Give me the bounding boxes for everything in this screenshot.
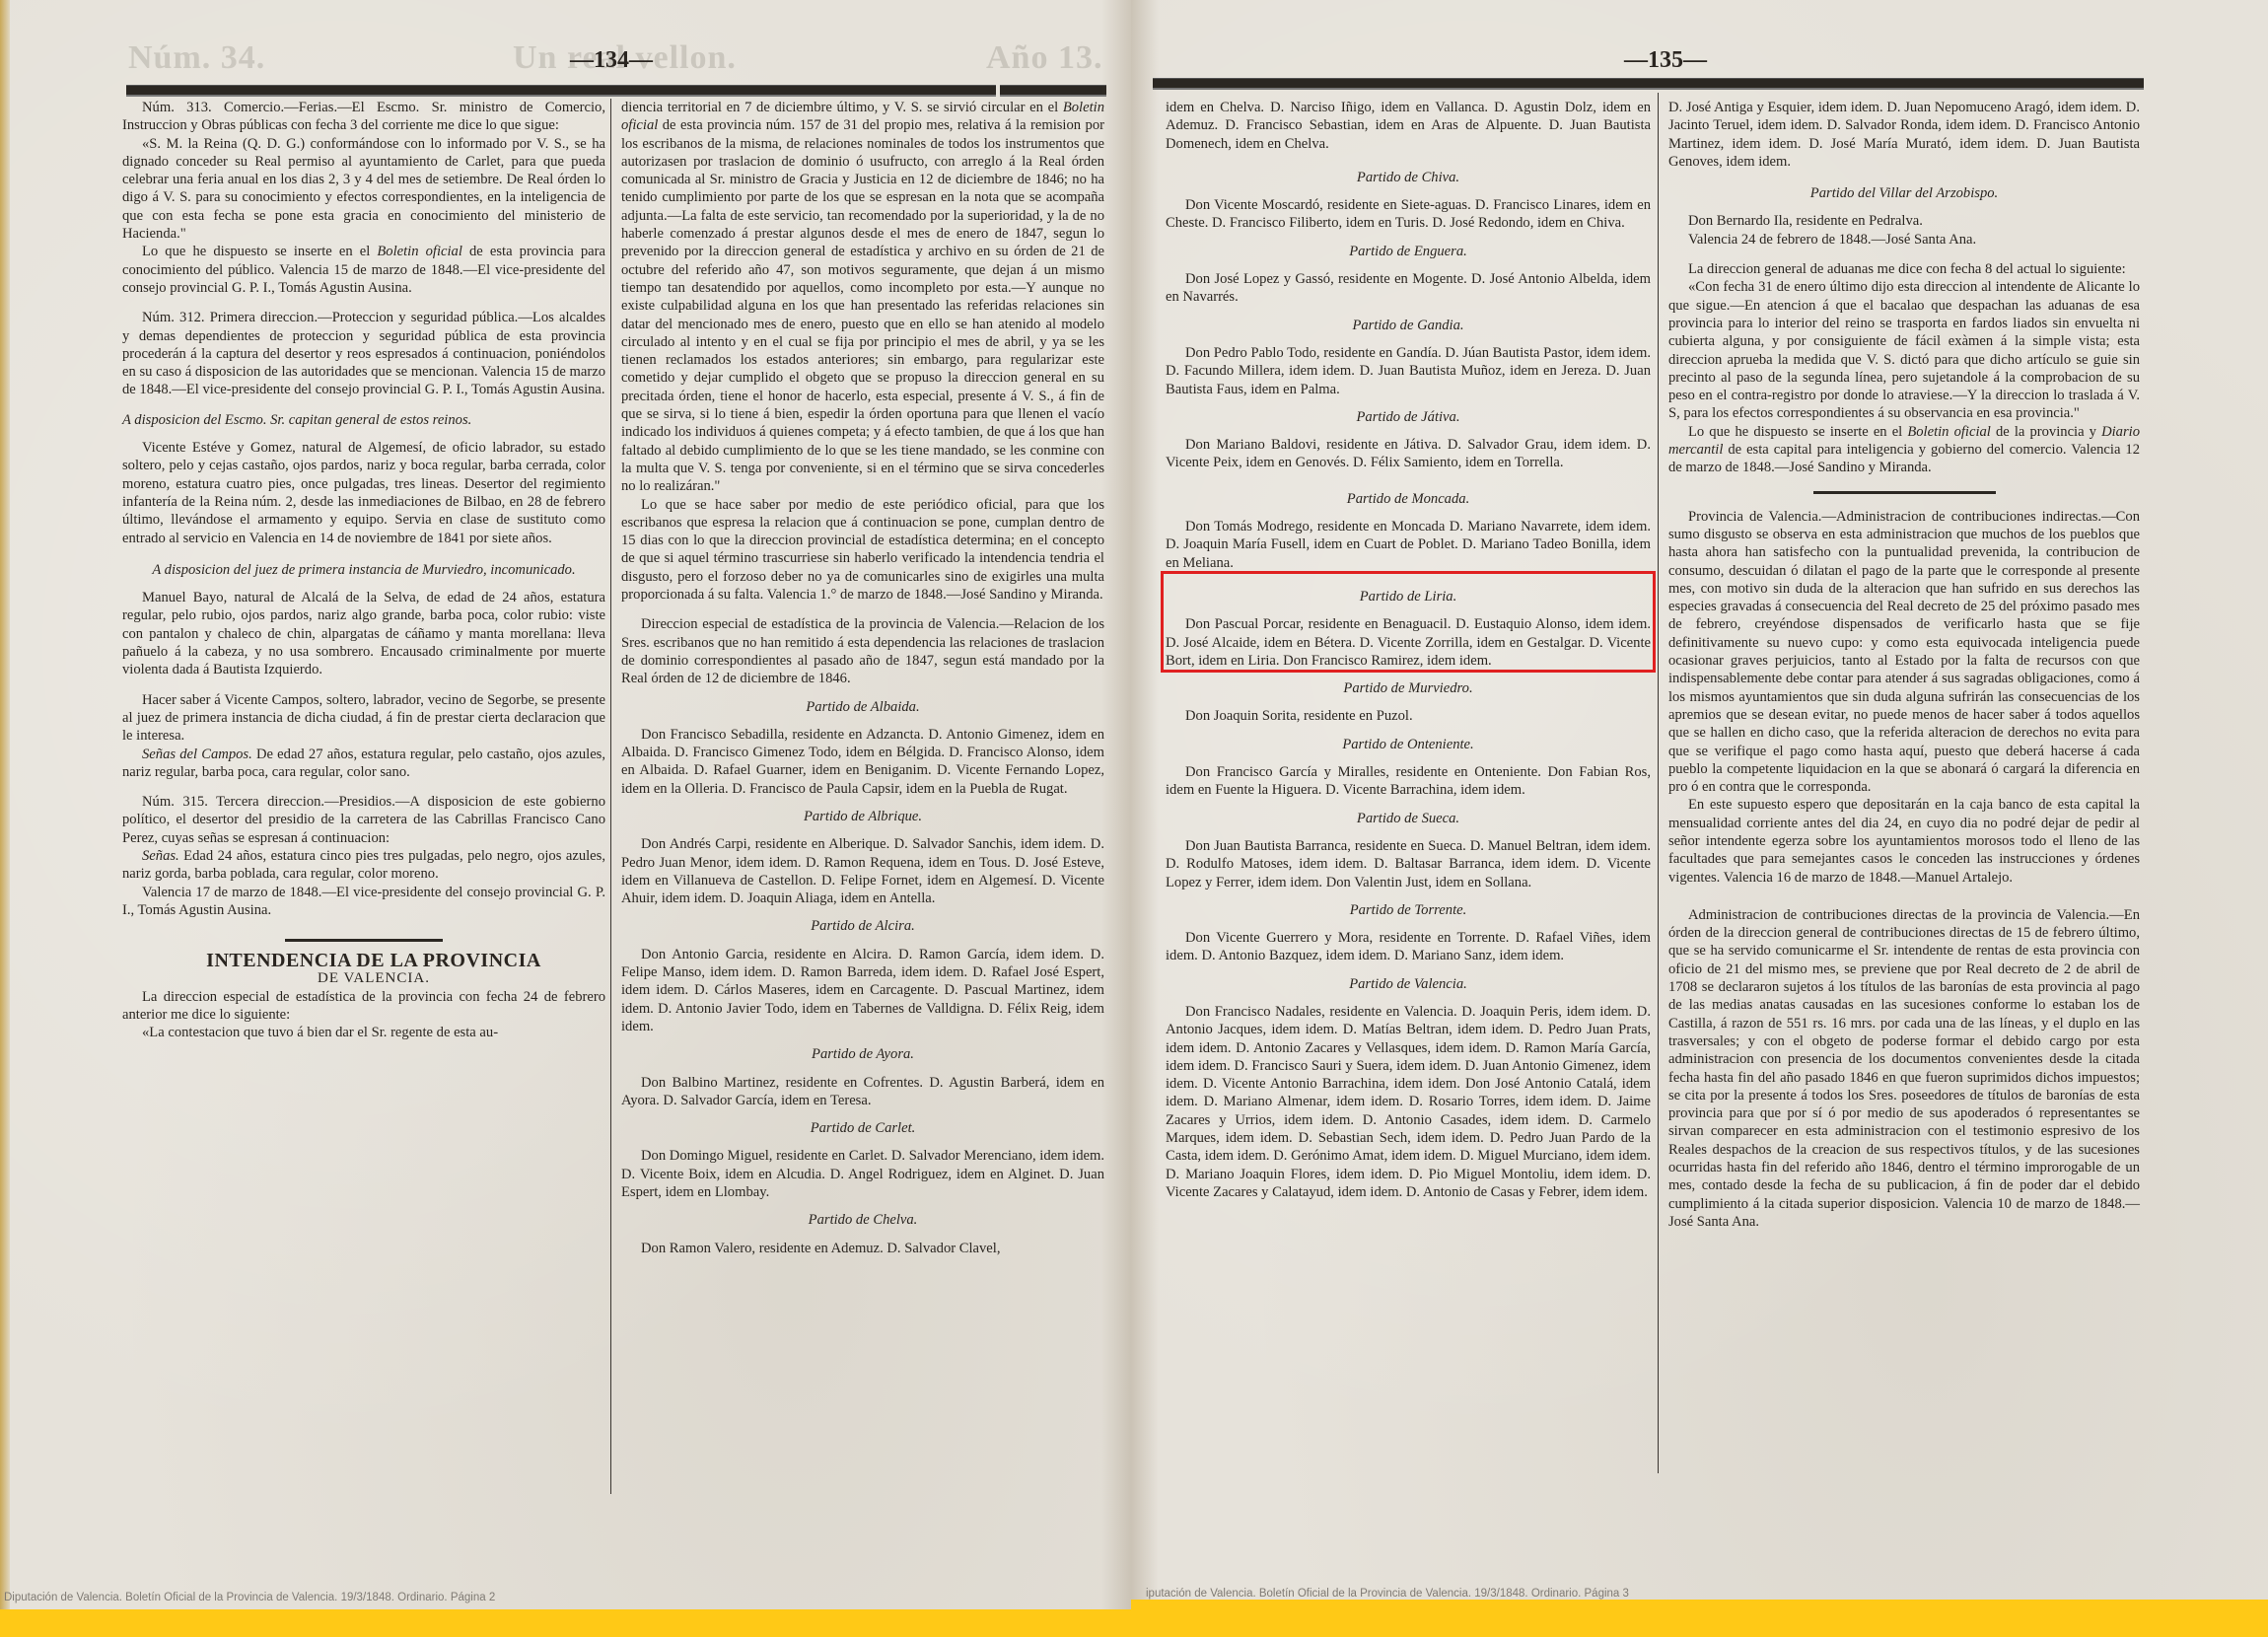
partido-list: Don Domingo Miguel, residente en Carlet.… — [621, 1147, 1104, 1201]
paragraph: «Con fecha 31 de enero último dijo esta … — [1668, 278, 2140, 422]
partido-heading: Partido de Moncada. — [1166, 490, 1651, 508]
partido-list: Don Francisco García y Miralles, residen… — [1166, 763, 1651, 800]
paragraph: Señas. Edad 24 años, estatura cinco pies… — [122, 847, 605, 884]
left-column-1: Núm. 313. Comercio.—Ferias.—El Escmo. Sr… — [122, 99, 605, 1042]
page-number: —135— — [1624, 47, 1707, 74]
partido-heading: Partido de Liria. — [1166, 588, 1651, 605]
paragraph: Provincia de Valencia.—Administracion de… — [1668, 508, 2140, 797]
column-divider — [1658, 93, 1659, 1473]
paragraph: Administracion de contribuciones directa… — [1668, 906, 2140, 1231]
partido-heading: Partido de Carlet. — [621, 1119, 1104, 1137]
section-heading: A disposicion del juez de primera instan… — [122, 561, 605, 579]
partido-heading: Partido de Játiva. — [1166, 408, 1651, 426]
partido-list: Don José Lopez y Gassó, residente en Mog… — [1166, 270, 1651, 307]
header-rule — [126, 85, 996, 97]
divider — [285, 939, 443, 942]
background-strip — [1131, 1600, 2268, 1637]
paragraph: Valencia 17 de marzo de 1848.—El vice-pr… — [122, 884, 605, 920]
partido-heading: Partido de Chiva. — [1166, 169, 1651, 186]
partido-heading: Partido del Villar del Arzobispo. — [1668, 184, 2140, 202]
paragraph: La direccion especial de estadística de … — [122, 988, 605, 1025]
paragraph: «S. M. la Reina (Q. D. G.) conformándose… — [122, 135, 605, 244]
page-number: —134— — [570, 47, 653, 74]
section-heading: A disposicion del Escmo. Sr. capitan gen… — [122, 411, 605, 429]
right-page: —135— idem en Chelva. D. Narciso Iñigo, … — [1131, 0, 2268, 1600]
partido-heading: Partido de Albrique. — [621, 808, 1104, 825]
partido-heading: Partido de Enguera. — [1166, 243, 1651, 260]
partido-list: Don Ramon Valero, residente en Ademuz. D… — [621, 1240, 1104, 1257]
partido-list: Don Bernardo Ila, residente en Pedralva. — [1668, 212, 2140, 230]
paragraph: Hacer saber á Vicente Campos, soltero, l… — [122, 691, 605, 746]
header-rule — [1153, 78, 2144, 90]
partido-list: Don Francisco Sebadilla, residente en Ad… — [621, 726, 1104, 798]
ghost-header-num: Núm. 34. — [128, 39, 265, 77]
partido-heading: Partido de Onteniente. — [1166, 736, 1651, 753]
partido-list: Don Pedro Pablo Todo, residente en Gandí… — [1166, 344, 1651, 398]
partido-heading: Partido de Valencia. — [1166, 975, 1651, 993]
section-title: INTENDENCIA DE LA PROVINCIA — [122, 952, 605, 969]
paragraph: En este supuesto espero que depositarán … — [1668, 796, 2140, 886]
highlighted-partido-moncada: Partido de Moncada. Don Tomás Modrego, r… — [1166, 490, 1651, 572]
partido-list: Don Pascual Porcar, residente en Benagua… — [1166, 615, 1651, 670]
paragraph: idem en Chelva. D. Narciso Iñigo, idem e… — [1166, 99, 1651, 153]
paragraph: «La contestacion que tuvo á bien dar el … — [122, 1024, 605, 1041]
column-divider — [610, 99, 611, 1494]
partido-heading: Partido de Torrente. — [1166, 901, 1651, 919]
partido-list: Don Mariano Baldovi, residente en Játiva… — [1166, 436, 1651, 472]
paragraph: D. José Antiga y Esquier, idem idem. D. … — [1668, 99, 2140, 171]
paragraph: Lo que he dispuesto se inserte en el Bol… — [1668, 423, 2140, 477]
footer-credit: Diputación de Valencia. Boletín Oficial … — [4, 1592, 495, 1603]
partido-list: Don Antonio Garcia, residente en Alcira.… — [621, 946, 1104, 1035]
partido-heading: Partido de Ayora. — [621, 1045, 1104, 1063]
ghost-header-year: Año 13. — [986, 39, 1102, 77]
divider — [1813, 491, 1996, 494]
partido-list: Don Balbino Martinez, residente en Cofre… — [621, 1074, 1104, 1110]
paragraph: Lo que se hace saber por medio de este p… — [621, 496, 1104, 605]
paragraph: Manuel Bayo, natural de Alcalá de la Sel… — [122, 589, 605, 678]
paragraph: La direccion general de aduanas me dice … — [1668, 260, 2140, 278]
paragraph: Direccion especial de estadística de la … — [621, 615, 1104, 687]
partido-heading: Partido de Murviedro. — [1166, 679, 1651, 697]
section-subtitle: DE VALENCIA. — [122, 969, 605, 987]
signature: Valencia 24 de febrero de 1848.—José San… — [1668, 231, 2140, 249]
paragraph: Señas del Campos. De edad 27 años, estat… — [122, 746, 605, 782]
paragraph: diencia territorial en 7 de diciembre úl… — [621, 99, 1104, 496]
paragraph: Vicente Estéve y Gomez, natural de Algem… — [122, 439, 605, 547]
partido-heading: Partido de Chelva. — [621, 1211, 1104, 1229]
paragraph: Núm. 313. Comercio.—Ferias.—El Escmo. Sr… — [122, 99, 605, 135]
partido-heading: Partido de Sueca. — [1166, 810, 1651, 827]
paragraph: Núm. 315. Tercera direccion.—Presidios.—… — [122, 793, 605, 847]
partido-list: Don Joaquin Sorita, residente en Puzol. — [1166, 707, 1651, 725]
partido-heading: Partido de Alcira. — [621, 917, 1104, 935]
partido-list: Don Andrés Carpi, residente en Alberique… — [621, 835, 1104, 907]
partido-list: Don Francisco Nadales, residente en Vale… — [1166, 1003, 1651, 1201]
left-column-2: diencia territorial en 7 de diciembre úl… — [621, 99, 1104, 1257]
partido-heading: Partido de Gandia. — [1166, 317, 1651, 334]
partido-list: Don Juan Bautista Barranca, residente en… — [1166, 837, 1651, 891]
background-strip — [0, 1609, 1131, 1637]
partido-heading: Partido de Albaida. — [621, 698, 1104, 716]
footer-credit: iputación de Valencia. Boletín Oficial d… — [1146, 1588, 1629, 1600]
left-page: Núm. 34. Un real vellon. Año 13. —134— N… — [0, 0, 1131, 1609]
partido-list: Don Tomás Modrego, residente en Moncada … — [1166, 518, 1651, 572]
partido-list: Don Vicente Guerrero y Mora, residente e… — [1166, 929, 1651, 965]
right-column-2: D. José Antiga y Esquier, idem idem. D. … — [1668, 99, 2140, 1231]
partido-list: Don Vicente Moscardó, residente en Siete… — [1166, 196, 1651, 233]
paragraph: Lo que he dispuesto se inserte en el Bol… — [122, 243, 605, 297]
right-column-1: idem en Chelva. D. Narciso Iñigo, idem e… — [1166, 99, 1651, 1201]
paragraph: Núm. 312. Primera direccion.—Proteccion … — [122, 309, 605, 398]
header-rule-short — [1000, 85, 1106, 97]
